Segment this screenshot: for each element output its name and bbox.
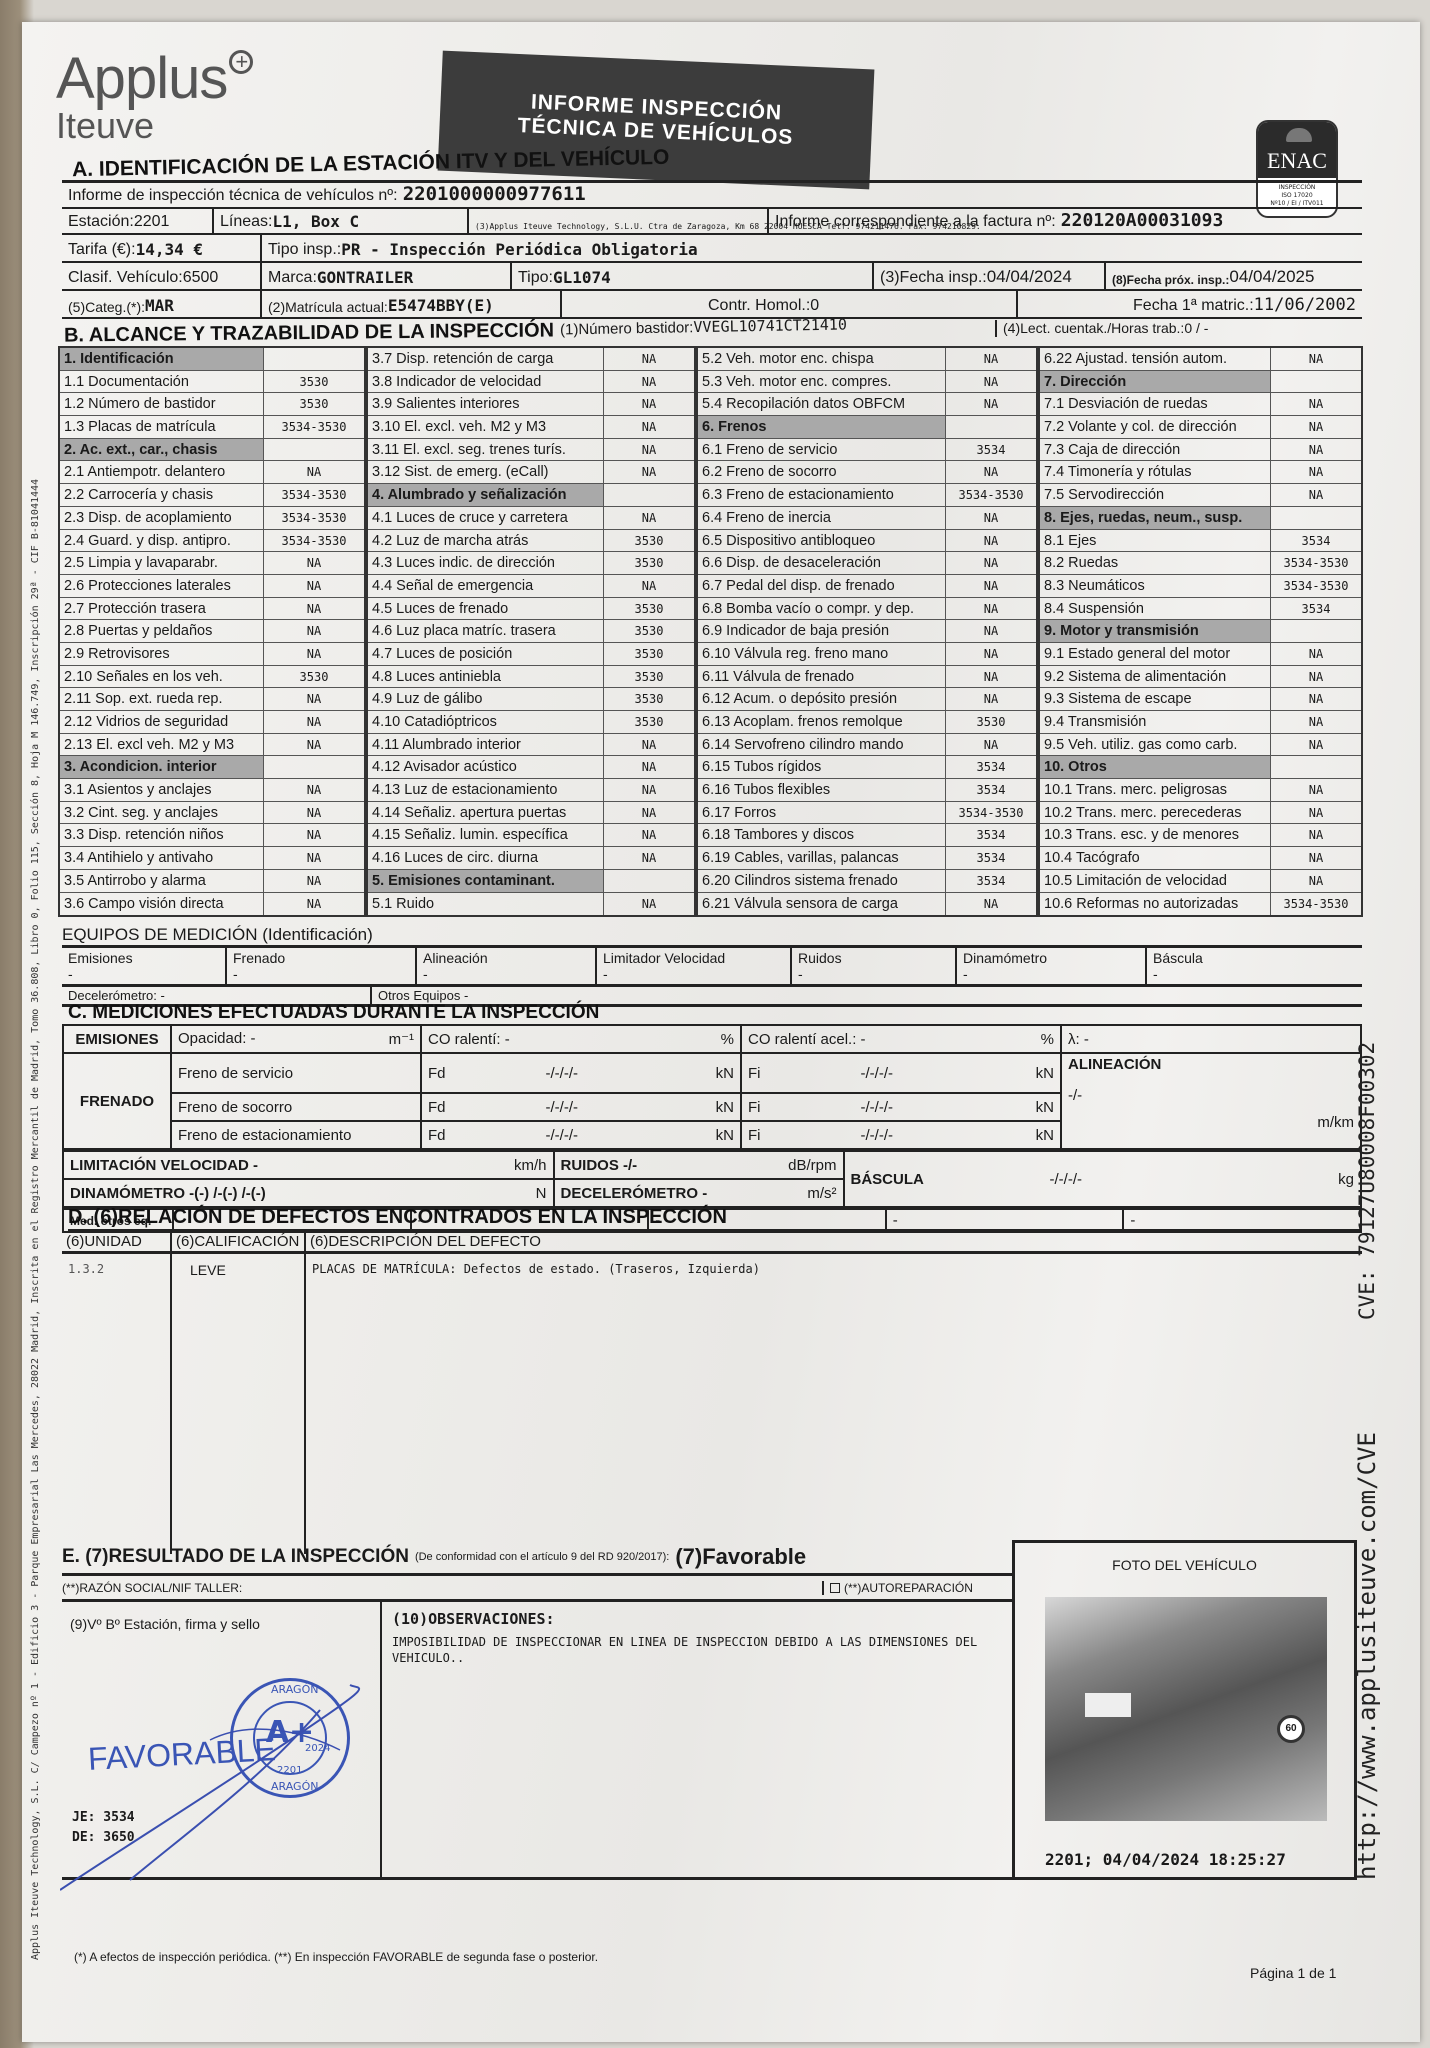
- scope-item-name: 4.11 Alumbrado interior: [368, 734, 604, 756]
- header-unit: (6)UNIDAD: [62, 1232, 172, 1251]
- observations-text: IMPOSIBILIDAD DE INSPECCIONAR EN LINEA D…: [392, 1634, 1002, 1666]
- scope-item: 4.10 Catadióptricos3530: [368, 711, 694, 734]
- scope-item-name: 10. Otros: [1040, 756, 1271, 778]
- scope-item-name: 4. Alumbrado y señalización: [368, 484, 604, 506]
- self-repair-checkbox[interactable]: [830, 1583, 840, 1593]
- scope-item-name: 6.12 Acum. o depósito presión: [698, 688, 946, 710]
- scope-item-name: 3.10 El. excl. veh. M2 y M3: [368, 416, 604, 438]
- scope-item: 9.1 Estado general del motorNA: [1040, 643, 1361, 666]
- homol-label: Contr. Homol.:: [708, 297, 810, 315]
- scope-item-value: [604, 870, 694, 892]
- scope-item: 4.7 Luces de posición3530: [368, 643, 694, 666]
- scope-item-name: 6. Frenos: [698, 416, 946, 438]
- scope-item-value: NA: [264, 688, 364, 710]
- fd-value: -/-/-/-: [546, 1099, 578, 1116]
- scope-item-value: 3534-3530: [946, 484, 1036, 506]
- scope-item-name: 10.1 Trans. merc. peligrosas: [1040, 779, 1271, 801]
- scope-item: 4.12 Avisador acústicoNA: [368, 756, 694, 779]
- scope-item-name: 2.3 Disp. de acoplamiento: [60, 507, 264, 529]
- scope-item-value: 3530: [604, 643, 694, 665]
- scope-item-name: 4.8 Luces antiniebla: [368, 666, 604, 688]
- fi-value: -/-/-/-: [861, 1127, 893, 1144]
- scope-item-value: [946, 416, 1036, 438]
- scope-item-name: 6.1 Freno de servicio: [698, 439, 946, 461]
- scope-group-header: 5. Emisiones contaminant.: [368, 870, 694, 893]
- scope-item-name: 4.13 Luz de estacionamiento: [368, 779, 604, 801]
- scope-item-name: 4.12 Avisador acústico: [368, 756, 604, 778]
- scope-item: 3.2 Cint. seg. y anclajesNA: [60, 802, 364, 825]
- scope-item-name: 9.4 Transmisión: [1040, 711, 1271, 733]
- fd-value: -/-/-/-: [546, 1065, 578, 1082]
- equipment-cell: Báscula-: [1147, 948, 1362, 984]
- self-repair-label: (**)AUTOREPARACIÓN: [844, 1581, 973, 1595]
- scope-item-name: 6.5 Dispositivo antibloqueo: [698, 530, 946, 552]
- report-number: 2201000000977611: [403, 183, 586, 205]
- scope-item-name: 2.5 Limpia y lavaparabr.: [60, 552, 264, 574]
- scope-item: 3.12 Sist. de emerg. (eCall)NA: [368, 461, 694, 484]
- equipment-value: -: [963, 966, 1139, 982]
- signature-scribble: [60, 1680, 380, 1900]
- scope-item: 10.4 TacógrafoNA: [1040, 847, 1361, 870]
- scope-item: 6.9 Indicador de baja presiónNA: [698, 620, 1036, 643]
- scope-item: 6.17 Forros3534-3530: [698, 802, 1036, 825]
- scope-item-name: 4.6 Luz placa matríc. trasera: [368, 620, 604, 642]
- scope-item-name: 2.8 Puertas y peldaños: [60, 620, 264, 642]
- scope-item: 7.5 ServodirecciónNA: [1040, 484, 1361, 507]
- scope-item: 6.12 Acum. o depósito presiónNA: [698, 688, 1036, 711]
- verification-url[interactable]: http://www.applusiteuve.com/CVE: [1353, 1432, 1381, 1880]
- scope-item: 1.2 Número de bastidor3530: [60, 393, 364, 416]
- co-idle-unit: %: [721, 1031, 734, 1048]
- plate-value: E5474BBY(E): [388, 296, 494, 315]
- scope-item-value: NA: [604, 779, 694, 801]
- scope-item-name: 6.20 Cilindros sistema frenado: [698, 870, 946, 892]
- scope-item-name: 2.11 Sop. ext. rueda rep.: [60, 688, 264, 710]
- applus-logo: Applus+ Iteuve: [56, 50, 253, 144]
- scope-item: 9.3 Sistema de escapeNA: [1040, 688, 1361, 711]
- decelerometer-value: DECELERÓMETRO -: [554, 1179, 774, 1207]
- scope-item-name: 2.12 Vidrios de seguridad: [60, 711, 264, 733]
- scope-item-name: 4.7 Luces de posición: [368, 643, 604, 665]
- scope-item: 6.1 Freno de servicio3534: [698, 439, 1036, 462]
- scope-item-name: 4.4 Señal de emergencia: [368, 575, 604, 597]
- scope-item-name: 4.14 Señaliz. apertura puertas: [368, 802, 604, 824]
- speed-limit-disk: 60: [1277, 1715, 1305, 1743]
- scope-item-value: NA: [1271, 847, 1361, 869]
- scope-item-value: NA: [264, 552, 364, 574]
- lines-label: Líneas:: [220, 213, 272, 231]
- scope-item-value: NA: [946, 620, 1036, 642]
- scope-item-value: 3534-3530: [264, 484, 364, 506]
- scope-item: 3.7 Disp. retención de cargaNA: [368, 348, 694, 371]
- fee-value: 14,34 €: [136, 240, 203, 259]
- scope-item-value: NA: [264, 893, 364, 916]
- scope-item: 2.8 Puertas y peldañosNA: [60, 620, 364, 643]
- scope-item-value: NA: [604, 348, 694, 370]
- section-c-title: C. MEDICIONES EFECTUADAS DURANTE LA INSP…: [68, 1002, 1362, 1024]
- scope-item-name: 4.10 Catadióptricos: [368, 711, 604, 733]
- vin-value: VVEGL10741CT21410: [693, 315, 847, 336]
- scope-item-value: NA: [604, 824, 694, 846]
- scope-item-name: 5.1 Ruido: [368, 893, 604, 916]
- scope-item: 4.16 Luces de circ. diurnaNA: [368, 847, 694, 870]
- alignment-label: ALINEACIÓN: [1068, 1056, 1354, 1073]
- equipment-label: Limitador Velocidad: [603, 950, 784, 966]
- lambda-value: λ: -: [1061, 1025, 1361, 1053]
- scope-item-name: 9.1 Estado general del motor: [1040, 643, 1271, 665]
- scope-item-name: 6.22 Ajustad. tensión autom.: [1040, 348, 1271, 370]
- scope-item-name: 6.17 Forros: [698, 802, 946, 824]
- scope-item-value: 3534: [946, 779, 1036, 801]
- measurements-table: EMISIONES Opacidad: -m⁻¹ CO ralentí: -% …: [62, 1024, 1362, 1150]
- scope-item-value: 3534-3530: [1271, 575, 1361, 597]
- scope-item: 7.1 Desviación de ruedasNA: [1040, 393, 1361, 416]
- vehicle-photo-box: FOTO DEL VEHÍCULO 60 2201; 04/04/2024 18…: [1012, 1540, 1357, 1880]
- scope-item-value: NA: [604, 893, 694, 916]
- workshop-label: (**)RAZÓN SOCIAL/NIF TALLER:: [62, 1581, 242, 1595]
- defect-row: 1.3.2 LEVE PLACAS DE MATRÍCULA: Defectos…: [62, 1254, 1362, 1554]
- scope-item-value: 3534: [946, 870, 1036, 892]
- vehicle-row: Clasif. Vehículo:6500 Marca:GONTRAILER T…: [62, 263, 1362, 291]
- scope-item-name: 3.6 Campo visión directa: [60, 893, 264, 916]
- scope-item: 4.6 Luz placa matríc. trasera3530: [368, 620, 694, 643]
- cve-code: CVE: 79127U80008F00302: [1355, 1042, 1379, 1320]
- scope-item-name: 3.1 Asientos y anclajes: [60, 779, 264, 801]
- scope-item-value: 3530: [604, 688, 694, 710]
- scope-item-value: NA: [604, 802, 694, 824]
- scope-item: 3.5 Antirrobo y alarmaNA: [60, 870, 364, 893]
- scope-item: 6.7 Pedal del disp. de frenadoNA: [698, 575, 1036, 598]
- footer-note: (*) A efectos de inspección periódica. (…: [74, 1950, 598, 1964]
- scope-item: 5.2 Veh. motor enc. chispaNA: [698, 348, 1036, 371]
- scope-item: 10.2 Trans. merc. perecederasNA: [1040, 802, 1361, 825]
- scope-item: 6.3 Freno de estacionamiento3534-3530: [698, 484, 1036, 507]
- scope-item-name: 1.1 Documentación: [60, 371, 264, 393]
- scope-item: 5.4 Recopilación datos OBFCMNA: [698, 393, 1036, 416]
- scope-item-name: 8.4 Suspensión: [1040, 598, 1271, 620]
- scope-item-name: 3.8 Indicador de velocidad: [368, 371, 604, 393]
- scope-item: 4.3 Luces indic. de dirección3530: [368, 552, 694, 575]
- scope-item-value: NA: [1271, 439, 1361, 461]
- opacity-unit: m⁻¹: [389, 1030, 414, 1048]
- scope-item-name: 6.15 Tubos rígidos: [698, 756, 946, 778]
- equipment-value: -: [798, 966, 949, 982]
- scope-item: 2.10 Señales en los veh.3530: [60, 666, 364, 689]
- scope-item-name: 6.2 Freno de socorro: [698, 461, 946, 483]
- report-number-label: Informe de inspección técnica de vehícul…: [68, 187, 398, 205]
- observations-box: (10)OBSERVACIONES: IMPOSIBILIDAD DE INSP…: [382, 1602, 1012, 1877]
- brake-name: Freno de servicio: [171, 1053, 421, 1093]
- scope-item-name: 7.2 Volante y col. de dirección: [1040, 416, 1271, 438]
- scope-item-value: 3530: [946, 711, 1036, 733]
- fi-unit: kN: [1036, 1127, 1054, 1144]
- lines-value: L1, Box C: [272, 212, 359, 231]
- scope-item-value: 3534: [1271, 598, 1361, 620]
- scope-group-header: 9. Motor y transmisión: [1040, 620, 1361, 643]
- equipment-value: -: [603, 966, 784, 982]
- scope-item-value: NA: [264, 598, 364, 620]
- scope-item-value: 3530: [264, 371, 364, 393]
- equipment-value: -: [1153, 966, 1356, 982]
- photo-timestamp: 2201; 04/04/2024 18:25:27: [1045, 1850, 1286, 1869]
- odometer-value: 0 / -: [1184, 320, 1208, 336]
- measurements-section: C. MEDICIONES EFECTUADAS DURANTE LA INSP…: [62, 1002, 1362, 1233]
- station-label: Estación:: [68, 213, 134, 231]
- scope-item: 8.2 Ruedas3534-3530: [1040, 552, 1361, 575]
- scope-item-value: 3534: [1271, 530, 1361, 552]
- scope-item-name: 6.19 Cables, varillas, palancas: [698, 847, 946, 869]
- fd-label: Fd: [428, 1099, 446, 1116]
- workshop-row: (**)RAZÓN SOCIAL/NIF TALLER: (**)AUTOREP…: [62, 1576, 1012, 1602]
- scope-column-1: 1. Identificación1.1 Documentación35301.…: [58, 346, 366, 917]
- scope-item-value: 3534-3530: [264, 507, 364, 529]
- scope-item-name: 3. Acondicion. interior: [60, 756, 264, 778]
- scope-item-value: NA: [946, 348, 1036, 370]
- scope-item-name: 9.3 Sistema de escape: [1040, 688, 1271, 710]
- noise-value: RUIDOS -/-: [554, 1151, 774, 1179]
- homol-value: 0: [810, 297, 819, 315]
- page-number: Página 1 de 1: [1250, 1965, 1336, 1981]
- equipment-cell: Ruidos-: [792, 948, 957, 984]
- scope-item-value: 3530: [604, 666, 694, 688]
- fee-label: Tarifa (€):: [68, 241, 136, 259]
- scope-item-value: 3530: [604, 552, 694, 574]
- braking-label: FRENADO: [63, 1053, 171, 1149]
- equipment-cell: Limitador Velocidad-: [597, 948, 792, 984]
- scope-item: 10.5 Limitación de velocidadNA: [1040, 870, 1361, 893]
- scope-item-name: 8. Ejes, ruedas, neum., susp.: [1040, 507, 1271, 529]
- scope-item-value: NA: [604, 756, 694, 778]
- scope-item-value: [1271, 620, 1361, 642]
- scope-item-value: NA: [1271, 484, 1361, 506]
- scope-item-value: NA: [604, 847, 694, 869]
- fi-label: Fi: [748, 1065, 761, 1082]
- scope-item-name: 4.15 Señaliz. lumin. específica: [368, 824, 604, 846]
- co-idle-acc-value: CO ralentí acel.: -: [748, 1031, 866, 1048]
- scope-group-header: 3. Acondicion. interior: [60, 756, 364, 779]
- insp-type-label: Tipo insp.:: [268, 241, 341, 259]
- scope-group-header: 7. Dirección: [1040, 371, 1361, 394]
- scope-item: 4.1 Luces de cruce y carreteraNA: [368, 507, 694, 530]
- next-insp-value: 04/04/2025: [1229, 267, 1314, 287]
- co-idle-value: CO ralentí: -: [428, 1031, 510, 1048]
- odometer-field: (4)Lect. cuentak./Horas trab.:0 / -: [995, 320, 1208, 337]
- scope-item-value: 3534: [946, 756, 1036, 778]
- header-rating: (6)CALIFICACIÓN: [172, 1232, 306, 1251]
- defect-description: PLACAS DE MATRÍCULA: Defectos de estado.…: [306, 1254, 1362, 1554]
- scope-item-value: 3530: [264, 393, 364, 415]
- brake-name: Freno de socorro: [171, 1093, 421, 1121]
- scope-item-name: 2.6 Protecciones laterales: [60, 575, 264, 597]
- scope-item-name: 3.5 Antirrobo y alarma: [60, 870, 264, 892]
- first-reg-value: 11/06/2002: [1254, 295, 1356, 315]
- scope-item-value: 3530: [604, 598, 694, 620]
- scope-item-value: NA: [946, 530, 1036, 552]
- scope-item-value: NA: [604, 416, 694, 438]
- scope-item: 6.13 Acoplam. frenos remolque3530: [698, 711, 1036, 734]
- plus-icon: +: [229, 50, 253, 74]
- scope-item-name: 4.2 Luz de marcha atrás: [368, 530, 604, 552]
- scope-item-name: 2.2 Carrocería y chasis: [60, 484, 264, 506]
- scope-item: 4.13 Luz de estacionamientoNA: [368, 779, 694, 802]
- scope-item-value: 3534: [946, 847, 1036, 869]
- scope-item: 4.15 Señaliz. lumin. específicaNA: [368, 824, 694, 847]
- scope-item: 5.3 Veh. motor enc. compres.NA: [698, 371, 1036, 394]
- fi-unit: kN: [1036, 1099, 1054, 1116]
- brake-name: Freno de estacionamiento: [171, 1121, 421, 1149]
- scope-item-name: 5.2 Veh. motor enc. chispa: [698, 348, 946, 370]
- scope-item: 4.5 Luces de frenado3530: [368, 598, 694, 621]
- scope-item: 9.5 Veh. utiliz. gas como carb.NA: [1040, 734, 1361, 757]
- inspection-scope-grid: 1. Identificación1.1 Documentación35301.…: [58, 346, 1363, 917]
- brand-name: Applus: [56, 46, 227, 111]
- scope-item-value: NA: [946, 688, 1036, 710]
- fi-label: Fi: [748, 1127, 761, 1144]
- scope-item-value: NA: [604, 461, 694, 483]
- scope-item-name: 6.3 Freno de estacionamiento: [698, 484, 946, 506]
- scope-item-value: NA: [1271, 643, 1361, 665]
- defect-rating: LEVE: [172, 1254, 306, 1554]
- scope-item-value: NA: [264, 779, 364, 801]
- scope-item-name: 6.4 Freno de inercia: [698, 507, 946, 529]
- scope-item: 6.18 Tambores y discos3534: [698, 824, 1036, 847]
- scope-item-name: 9. Motor y transmisión: [1040, 620, 1271, 642]
- fd-value: -/-/-/-: [546, 1127, 578, 1144]
- scope-item-value: NA: [1271, 666, 1361, 688]
- scope-item: 8.4 Suspensión3534: [1040, 598, 1361, 621]
- scope-item-value: NA: [1271, 416, 1361, 438]
- scale-unit: kg: [1236, 1151, 1361, 1207]
- scope-item-value: NA: [264, 870, 364, 892]
- insp-date-label: (3)Fecha insp.:: [880, 269, 987, 287]
- scope-item-value: 3534-3530: [1271, 552, 1361, 574]
- scope-item-name: 10.2 Trans. merc. perecederas: [1040, 802, 1271, 824]
- scope-item-value: NA: [946, 393, 1036, 415]
- scope-item-name: 6.7 Pedal del disp. de frenado: [698, 575, 946, 597]
- fd-label: Fd: [428, 1127, 446, 1144]
- scope-item: 2.13 El. excl veh. M2 y M3NA: [60, 734, 364, 757]
- scope-item-value: NA: [1271, 711, 1361, 733]
- scope-item: 2.9 RetrovisoresNA: [60, 643, 364, 666]
- scope-item: 3.8 Indicador de velocidadNA: [368, 371, 694, 394]
- scope-item: 9.4 TransmisiónNA: [1040, 711, 1361, 734]
- scope-item-name: 1.2 Número de bastidor: [60, 393, 264, 415]
- scope-item-value: [604, 484, 694, 506]
- scope-item-value: NA: [264, 711, 364, 733]
- result-title-row: E. (7)RESULTADO DE LA INSPECCIÓN (De con…: [62, 1540, 1012, 1576]
- brake-row: FRENADOFreno de servicioFd-/-/-/-kNFi-/-…: [63, 1053, 1361, 1093]
- scope-item-value: 3530: [604, 711, 694, 733]
- scope-item: 3.3 Disp. retención niñosNA: [60, 824, 364, 847]
- scope-item-value: NA: [1271, 348, 1361, 370]
- scope-item-name: 2.10 Señales en los veh.: [60, 666, 264, 688]
- next-insp-label: (8)Fecha próx. insp.:: [1112, 273, 1229, 287]
- equipment-row: Emisiones-Frenado-Alineación-Limitador V…: [62, 945, 1362, 987]
- scope-item-name: 10.6 Reformas no autorizadas: [1040, 893, 1271, 916]
- station-value: 2201: [134, 213, 170, 231]
- scope-item-value: NA: [604, 575, 694, 597]
- scope-item: 7.2 Volante y col. de direcciónNA: [1040, 416, 1361, 439]
- scope-item: 3.4 Antihielo y antivahoNA: [60, 847, 364, 870]
- scope-item-name: 10.5 Limitación de velocidad: [1040, 870, 1271, 892]
- scope-item-name: 7.5 Servodirección: [1040, 484, 1271, 506]
- scope-item: 8.3 Neumáticos3534-3530: [1040, 575, 1361, 598]
- alignment-unit: m/km: [1068, 1114, 1354, 1131]
- scope-item: 3.10 El. excl. veh. M2 y M3NA: [368, 416, 694, 439]
- scope-item-name: 9.2 Sistema de alimentación: [1040, 666, 1271, 688]
- scope-item-value: [264, 439, 364, 461]
- equipment-cell: Dinamómetro-: [957, 948, 1147, 984]
- scope-item-value: NA: [264, 734, 364, 756]
- scope-item: 2.7 Protección traseraNA: [60, 598, 364, 621]
- dynamometer-unit: N: [508, 1179, 554, 1207]
- scope-item-value: 3534: [946, 824, 1036, 846]
- scope-item-value: NA: [264, 461, 364, 483]
- result-note: (De conformidad con el artículo 9 del RD…: [415, 1551, 669, 1563]
- scope-item-value: NA: [604, 371, 694, 393]
- scope-item-value: 3530: [604, 530, 694, 552]
- equipment-label: Frenado: [233, 950, 409, 966]
- scope-item-value: [264, 348, 364, 370]
- scope-item: 6.16 Tubos flexibles3534: [698, 779, 1036, 802]
- scope-item-value: NA: [604, 734, 694, 756]
- photo-title: FOTO DEL VEHÍCULO: [1015, 1557, 1354, 1573]
- equipment-label: Ruidos: [798, 950, 949, 966]
- scope-item-name: 3.7 Disp. retención de carga: [368, 348, 604, 370]
- vehicle-photo: 60: [1045, 1597, 1327, 1821]
- scope-group-header: 6. Frenos: [698, 416, 1036, 439]
- scope-item: 2.5 Limpia y lavaparabr.NA: [60, 552, 364, 575]
- header-description: (6)DESCRIPCIÓN DEL DEFECTO: [306, 1232, 1362, 1251]
- classification-value: 6500: [183, 269, 219, 287]
- scope-item-name: 7.3 Caja de dirección: [1040, 439, 1271, 461]
- scope-group-header: 4. Alumbrado y señalización: [368, 484, 694, 507]
- scope-item-value: NA: [1271, 870, 1361, 892]
- scope-item-value: [264, 756, 364, 778]
- scope-group-header: 10. Otros: [1040, 756, 1361, 779]
- opacity-value: Opacidad: -: [178, 1030, 256, 1047]
- scope-item-value: NA: [264, 643, 364, 665]
- scale-label: BÁSCULA: [844, 1151, 1044, 1207]
- scope-item-name: 5.4 Recopilación datos OBFCM: [698, 393, 946, 415]
- scope-item: 8.1 Ejes3534: [1040, 530, 1361, 553]
- scope-group-header: 2. Ac. ext., car., chasis: [60, 439, 364, 462]
- noise-unit: dB/rpm: [774, 1151, 844, 1179]
- scope-item-value: NA: [1271, 779, 1361, 801]
- scope-item-name: 8.1 Ejes: [1040, 530, 1271, 552]
- make-value: GONTRAILER: [317, 268, 413, 287]
- section-e-title: E. (7)RESULTADO DE LA INSPECCIÓN: [62, 1546, 409, 1568]
- fi-unit: kN: [1036, 1065, 1054, 1082]
- equipment-value: -: [233, 966, 409, 982]
- equipment-cell: Alineación-: [417, 948, 597, 984]
- scope-item-value: NA: [1271, 461, 1361, 483]
- scope-item-name: 6.6 Disp. de desaceleración: [698, 552, 946, 574]
- scope-item-name: 4.16 Luces de circ. diurna: [368, 847, 604, 869]
- scope-item: 6.2 Freno de socorroNA: [698, 461, 1036, 484]
- scope-item-name: 3.12 Sist. de emerg. (eCall): [368, 461, 604, 483]
- co-idle-acc-unit: %: [1041, 1031, 1054, 1048]
- scope-item-name: 10.4 Tacógrafo: [1040, 847, 1271, 869]
- classification-label: Clasif. Vehículo:: [68, 269, 183, 287]
- scope-item: 6.11 Válvula de frenadoNA: [698, 666, 1036, 689]
- scope-item: 4.11 Alumbrado interiorNA: [368, 734, 694, 757]
- scope-item-value: NA: [946, 643, 1036, 665]
- scope-column-4: 6.22 Ajustad. tensión autom.NA7. Direcci…: [1038, 346, 1363, 917]
- scope-item: 2.12 Vidrios de seguridadNA: [60, 711, 364, 734]
- decelerometer-unit: m/s²: [774, 1179, 844, 1207]
- scope-item: 10.3 Trans. esc. y de menoresNA: [1040, 824, 1361, 847]
